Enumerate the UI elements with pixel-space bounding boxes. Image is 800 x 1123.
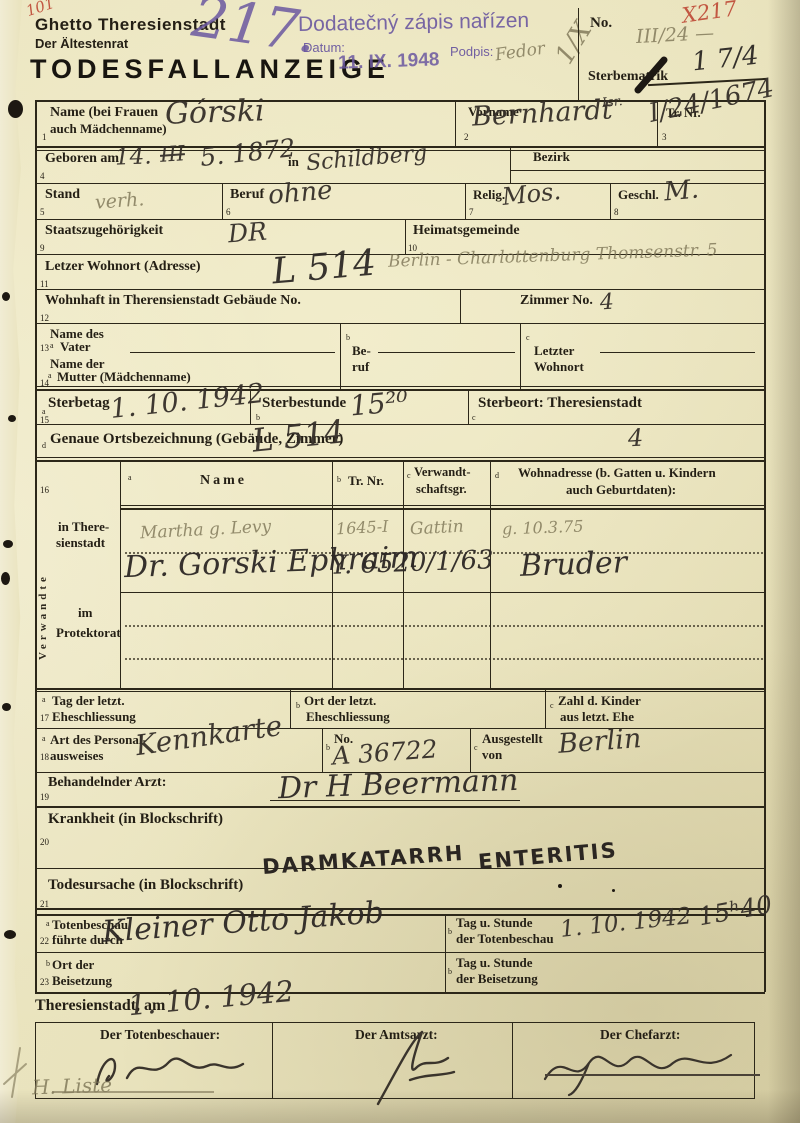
divider — [272, 1022, 273, 1098]
pencil-note-strike — [52, 1091, 214, 1093]
ink-dot — [612, 889, 615, 892]
handwritten-birthdate-day: 14. — [115, 145, 152, 169]
handwritten-examination-time: 15ʰ40 — [696, 892, 774, 930]
field-letter: b — [448, 968, 452, 976]
field-eltern-wohnort-line2: Wohnort — [534, 360, 584, 373]
divider — [120, 460, 121, 688]
field-number: 2 — [464, 133, 469, 142]
field-beisetzung-ort-line1: Ort der — [52, 958, 94, 971]
no-label: No. — [590, 16, 612, 31]
stamp-podpis-label: Podpis: — [450, 45, 493, 58]
handwritten-firstname: Bernhardt — [471, 96, 613, 130]
pencil-edge-mark — [0, 1042, 30, 1102]
row-protektorat-line2: Protektorat — [56, 626, 121, 639]
field-beruf-label: Beruf — [230, 188, 264, 202]
divider — [445, 914, 446, 992]
field-geboren-label: Geboren am — [45, 152, 119, 166]
scan-speck — [1, 572, 10, 585]
divider — [35, 100, 37, 992]
divider — [130, 352, 335, 353]
column-letter: a — [128, 474, 132, 482]
field-sterbetag-label: Sterbetag — [48, 396, 110, 411]
stamp-text: Dodatečný zápis nařízen — [298, 10, 529, 35]
field-relig-label: Relig. — [473, 188, 505, 201]
field-bezirk-label: Bezirk — [533, 150, 570, 163]
handwritten-footer-date: 1. 10. 1942 — [127, 977, 295, 1020]
divider — [35, 952, 765, 953]
field-name-label-line2: auch Mädchenname) — [50, 122, 167, 135]
divider — [120, 505, 765, 506]
handwritten-illness-1: DARMKATARRH — [262, 843, 465, 878]
pencil-relative-name: Martha g. Levy — [140, 519, 272, 543]
handwritten-religion: Mos. — [501, 179, 562, 209]
handwritten-firstname-suffix: Isr. — [601, 95, 623, 110]
field-letter: c — [526, 334, 530, 342]
field-ehe-kinder-line2: aus letzt. Ehe — [560, 710, 634, 723]
handwritten-death-room: 4 — [627, 426, 644, 451]
field-geschl-label: Geschl. — [618, 188, 659, 201]
field-letter: c — [472, 414, 476, 422]
field-number: 9 — [40, 244, 45, 253]
divider — [222, 183, 223, 219]
field-vater-label-line2: Vater — [60, 340, 91, 353]
handwritten-sex: M. — [663, 177, 700, 206]
column-letter: d — [495, 472, 499, 480]
divider — [520, 323, 521, 389]
field-letter: d — [42, 442, 46, 450]
field-ehe-ort-line1: Ort der letzt. — [304, 694, 376, 707]
field-gebaeude-label: Wohnhaft in Therensienstadt Gebäude No. — [45, 294, 301, 308]
table-number: 16 — [40, 486, 49, 495]
sterbematrik-value: 1 7/4 — [691, 43, 760, 76]
field-ausweis-line2: ausweises — [50, 749, 103, 762]
divider — [120, 508, 765, 510]
handwritten-examiner-name: Kleiner Otto Jakob — [101, 898, 384, 948]
pencil-relative-trnr: 1645-I — [336, 519, 389, 538]
divider — [35, 806, 765, 808]
scan-speck — [3, 540, 13, 548]
divider — [35, 219, 765, 220]
field-ehe-tag-line1: Tag der letzt. — [52, 694, 125, 707]
field-krankheit-label: Krankheit (in Blockschrift) — [48, 812, 223, 827]
divider — [610, 183, 611, 219]
divider — [35, 1022, 755, 1023]
scan-speck — [8, 100, 23, 118]
field-number: 1 — [42, 133, 47, 142]
handwritten-id-issuer: Berlin — [557, 725, 642, 758]
handwritten-death-building: L 514 — [251, 415, 346, 456]
field-ehe-tag-line2: Eheschliessung — [52, 710, 136, 723]
field-ehe-kinder-line1: Zahl d. Kinder — [558, 694, 641, 707]
field-number: 3 — [662, 133, 667, 142]
pencil-relative-address: g. 10.3.75 — [502, 519, 584, 538]
handwritten-doctor-signature: Dr H Beermann — [278, 766, 519, 804]
divider — [468, 389, 469, 424]
field-number: 22 — [40, 937, 49, 946]
field-number: 5 — [40, 208, 45, 217]
divider — [764, 100, 766, 992]
field-number: 20 — [40, 838, 49, 847]
divider — [378, 352, 515, 353]
table-side-label: Verwandte — [38, 573, 49, 660]
divider — [322, 728, 323, 772]
field-beisetzung-zeit-line1: Tag u. Stunde — [456, 956, 532, 969]
divider — [578, 8, 579, 100]
field-letter: b — [326, 744, 330, 752]
field-stand-label: Stand — [45, 188, 80, 202]
divider — [545, 688, 546, 728]
field-name-label-line1: Name (bei Frauen — [50, 106, 158, 120]
chefarzt-signature — [535, 1035, 765, 1097]
row-theresienstadt-line2: sienstadt — [56, 536, 105, 549]
handwritten-marital-status: verh. — [94, 190, 145, 212]
chefarzt-signature-underline — [545, 1074, 760, 1076]
divider — [35, 688, 765, 690]
divider — [35, 424, 765, 425]
field-letter: c — [474, 744, 478, 752]
handwritten-last-address: Berlin - Charlottenburg Thomsenstr. 5 — [388, 242, 718, 270]
handwritten-room-number: 4 — [599, 292, 615, 315]
divider — [340, 323, 341, 389]
field-ehe-ort-line2: Eheschliessung — [306, 710, 390, 723]
handwritten-id-type: Kennkarte — [134, 712, 284, 760]
divider — [35, 289, 765, 290]
handwritten-nationality: DR — [227, 219, 268, 247]
field-sterbeort-label: Sterbeort: Theresienstadt — [478, 396, 642, 411]
scan-speck — [2, 703, 11, 711]
field-totenbeschau-zeit-line1: Tag u. Stunde — [456, 916, 532, 929]
divider — [290, 688, 291, 728]
pencil-relative-relation: Gattin — [410, 519, 465, 539]
divider — [35, 183, 765, 184]
row-protektorat-line1: im — [78, 606, 92, 619]
divider — [35, 323, 765, 324]
field-number: 11 — [40, 280, 49, 289]
field-zimmer-label: Zimmer No. — [520, 294, 593, 308]
stamp-podpis-signature: Fedor — [494, 41, 546, 65]
scan-speck — [8, 415, 16, 422]
column-letter: c — [407, 472, 411, 480]
handwritten-birthdate-struck: III — [159, 143, 185, 166]
field-number: 6 — [226, 208, 231, 217]
handwritten-id-number: A 36722 — [331, 736, 438, 768]
field-number: 17 — [40, 714, 49, 723]
field-staat-label: Staatszugehörigkeit — [45, 224, 163, 238]
field-number: 12 — [40, 314, 49, 323]
field-letter: b — [296, 702, 300, 710]
ink-dot — [558, 884, 562, 888]
field-number: 8 — [614, 208, 619, 217]
dotted-writing-line — [125, 658, 763, 660]
divider — [600, 352, 755, 353]
field-eltern-wohnort-line1: Letzter — [534, 344, 574, 357]
handwritten-death-hour: 15²⁰ — [349, 388, 409, 421]
field-number: 13 — [40, 344, 49, 353]
field-beisetzung-zeit-line2: der Beisetzung — [456, 972, 538, 985]
field-beisetzung-ort-line2: Beisetzung — [52, 974, 112, 987]
field-letter: a — [42, 735, 46, 743]
field-ausweis-von-line2: von — [482, 748, 502, 761]
pencil-reference-number: III/24 — — [636, 24, 715, 47]
pencil-bottom-note: H. Liste — [32, 1075, 113, 1098]
field-number: 19 — [40, 793, 49, 802]
field-letter: a — [50, 342, 54, 350]
column-letter: b — [337, 476, 341, 484]
stamp-datum-value: 11. IX. 1948 — [338, 50, 440, 73]
torn-paper-edge — [0, 0, 22, 1123]
divider — [35, 691, 765, 692]
field-number: 18 — [40, 753, 49, 762]
field-geboren-in-label: in — [288, 155, 299, 168]
field-ausweis-von-line1: Ausgestellt — [482, 732, 543, 745]
field-number: 15 — [40, 416, 49, 425]
field-number: 4 — [40, 172, 45, 181]
divider — [512, 1022, 513, 1098]
field-number: 21 — [40, 900, 49, 909]
org-name-line2: Der Ältestenrat — [35, 37, 128, 50]
field-eltern-beruf-line1: Be- — [352, 344, 371, 357]
divider — [35, 460, 765, 462]
column-wohn-label-line1: Wohnadresse (b. Gatten u. Kindern — [518, 466, 716, 479]
divider — [460, 289, 461, 323]
field-letter: a — [46, 920, 50, 928]
handwritten-birthdate-rest: 5. 1872 — [199, 135, 297, 170]
field-eltern-beruf-line2: ruf — [352, 360, 369, 373]
column-name-label: Name — [200, 474, 247, 488]
ink-stroke — [636, 58, 670, 92]
amtsarzt-signature — [350, 1028, 485, 1108]
death-notice-document: Ghetto Theresienstadt Der Ältestenrat TO… — [0, 0, 800, 1123]
field-mutter-label-line2: Mutter (Mädchenname) — [57, 370, 191, 383]
column-trnr-label: Tr. Nr. — [348, 474, 384, 487]
field-number: 14 — [40, 379, 49, 388]
handwritten-surname: Górski — [165, 96, 266, 129]
column-wohn-label-line2: auch Geburtdaten): — [566, 483, 676, 496]
handwritten-profession: ohne — [267, 177, 334, 209]
column-verw-label-line1: Verwandt- — [414, 466, 470, 479]
divider — [120, 592, 765, 593]
field-letter: b — [346, 334, 350, 342]
ink-relative-relation: Bruder — [520, 548, 628, 582]
field-letter: a — [42, 696, 46, 704]
scan-speck — [4, 930, 16, 939]
field-todesursache-label: Todesursache (in Blockschrift) — [48, 878, 243, 893]
divider — [455, 100, 456, 147]
field-wohnort-label: Letzer Wohnort (Adresse) — [45, 260, 201, 274]
divider — [465, 183, 466, 219]
field-sterbestunde-label: Sterbestunde — [262, 396, 346, 411]
field-letter: b — [46, 960, 50, 968]
field-heimat-label: Heimatsgemeinde — [413, 224, 520, 238]
ink-relative-trnr: Y. 6520/1/63 — [330, 547, 494, 579]
divider — [35, 457, 765, 458]
field-number: 23 — [40, 978, 49, 987]
handwritten-examination-date: 1. 10. 1942 — [559, 905, 692, 942]
row-theresienstadt-line1: in There- — [58, 520, 109, 533]
field-number: 7 — [469, 208, 474, 217]
field-arzt-label: Behandelnder Arzt: — [48, 776, 166, 790]
handwritten-building-number: L 514 — [271, 246, 378, 291]
field-totenbeschau-zeit-line2: der Totenbeschau — [456, 932, 554, 945]
column-verw-label-line2: schaftsgr. — [416, 483, 467, 496]
field-ausweis-line1: Art des Personal- — [50, 733, 147, 746]
field-letter: c — [550, 702, 554, 710]
scan-speck — [2, 292, 10, 301]
divider — [405, 219, 406, 254]
divider — [510, 170, 765, 171]
dotted-writing-line — [125, 625, 763, 627]
field-letter: b — [448, 928, 452, 936]
divider — [510, 147, 511, 183]
form-title: TODESFALLANZEIGE — [30, 56, 390, 83]
